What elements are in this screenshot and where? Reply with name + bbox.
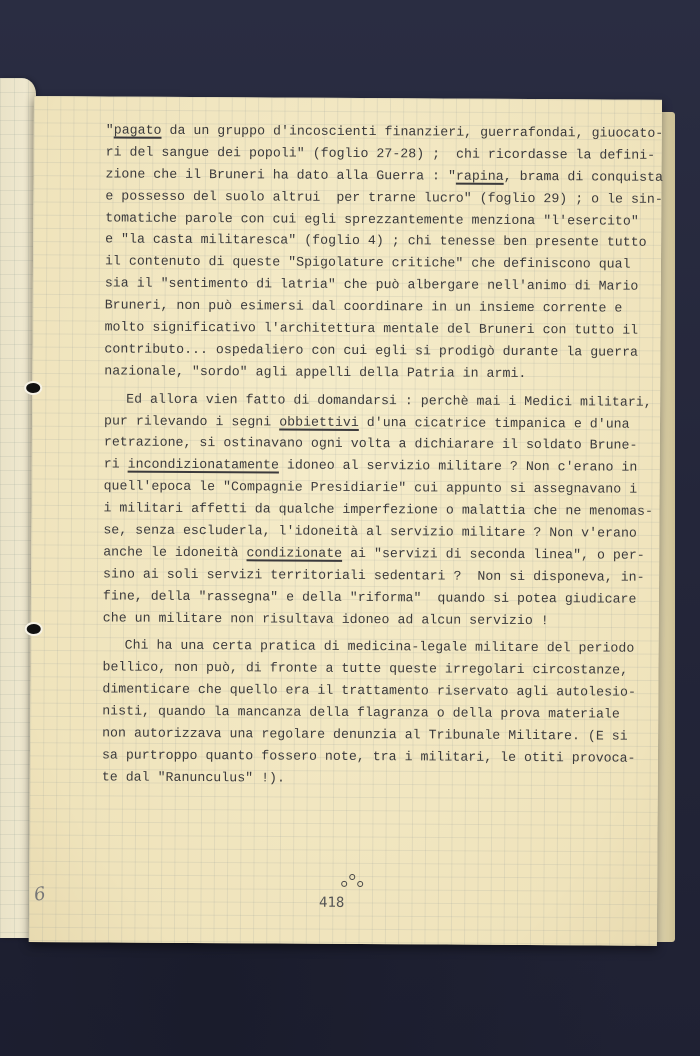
paragraph-p3: Chi ha una certa pratica di medicina-leg…	[102, 635, 643, 792]
typewritten-text: "pagato da un gruppo d'incoscienti finan…	[102, 119, 646, 791]
text-line: Ed allora vien fatto di domandarsi : per…	[104, 388, 644, 413]
underlined-word: pagato	[114, 122, 162, 137]
binding-hole-top	[26, 383, 40, 393]
binding-hole-bottom	[27, 624, 41, 634]
text-line: sino ai soli servizi territoriali sedent…	[103, 563, 643, 588]
text-line: nazionale, "sordo" agli appelli della Pa…	[104, 360, 644, 385]
text-line: anche le idoneità condizionate ai "servi…	[103, 541, 643, 566]
text-line: "pagato da un gruppo d'incoscienti finan…	[106, 119, 646, 144]
text-line: se, senza escluderla, l'idoneità al serv…	[103, 519, 643, 544]
text-line: fine, della "rassegna" e della "riforma"…	[103, 585, 643, 610]
text-line: ri del sangue dei popoli" (foglio 27-28)…	[106, 141, 646, 166]
text-line: non autorizzava una regolare denunzia al…	[102, 722, 642, 747]
text-line: sa purtroppo quanto fossero note, tra i …	[102, 744, 642, 769]
paragraph-p2: Ed allora vien fatto di domandarsi : per…	[103, 388, 644, 632]
underlined-word: obbiettivi	[279, 414, 359, 429]
notebook-page: "pagato da un gruppo d'incoscienti finan…	[29, 96, 662, 946]
handwritten-margin-mark: 6	[32, 883, 47, 906]
text-line: che un militare non risultava idoneo ad …	[103, 607, 643, 632]
text-line: e possesso del suolo altrui per trarne l…	[105, 185, 645, 210]
underlined-word: rapina	[456, 168, 504, 183]
text-line: te dal "Ranunculus" !).	[102, 766, 642, 791]
text-line: molto significativo l'architettura menta…	[105, 316, 645, 341]
text-line: contributo... ospedaliero con cui egli s…	[104, 338, 644, 363]
paragraph-p1: "pagato da un gruppo d'incoscienti finan…	[104, 119, 646, 385]
underlined-word: incondizionatamente	[128, 457, 279, 473]
section-ornament	[341, 874, 365, 890]
underlined-word: condizionate	[247, 545, 343, 561]
page-number: 418	[319, 895, 344, 911]
text-line: zione che il Bruneri ha dato alla Guerra…	[105, 163, 645, 188]
